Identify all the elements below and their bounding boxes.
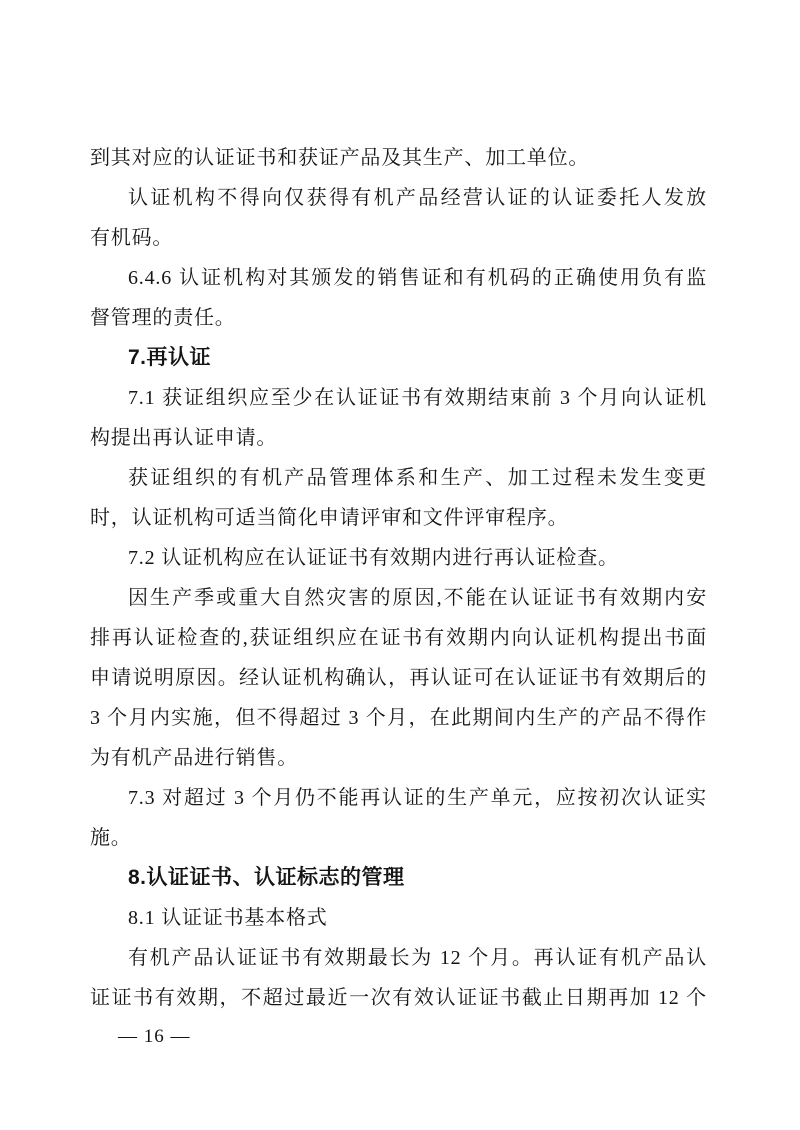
text-line: 证证书有效期，不超过最近一次有效认证证书截止日期再加 12 个 bbox=[90, 978, 707, 1018]
text-line: 认证机构不得向仅获得有机产品经营认证的认证委托人发放 bbox=[90, 178, 707, 218]
text-line: 为有机产品进行销售。 bbox=[90, 738, 707, 778]
page-footer: — 16 — bbox=[90, 1018, 707, 1056]
text-line: 6.4.6 认证机构对其颁发的销售证和有机码的正确使用负有监 bbox=[90, 258, 707, 298]
text-line: 有机码。 bbox=[90, 218, 707, 258]
document-page: 到其对应的认证证书和获证产品及其生产、加工单位。认证机构不得向仅获得有机产品经营… bbox=[0, 0, 800, 1130]
text-line: 施。 bbox=[90, 818, 707, 858]
text-line: 8.1 认证证书基本格式 bbox=[90, 898, 707, 938]
section-heading: 7.再认证 bbox=[90, 338, 707, 378]
text-line: 申请说明原因。经认证机构确认，再认证可在认证证书有效期后的 bbox=[90, 658, 707, 698]
text-line: 构提出再认证申请。 bbox=[90, 418, 707, 458]
page-number: — 16 — bbox=[118, 1026, 191, 1047]
section-heading: 8.认证证书、认证标志的管理 bbox=[90, 858, 707, 898]
document-body: 到其对应的认证证书和获证产品及其生产、加工单位。认证机构不得向仅获得有机产品经营… bbox=[90, 138, 707, 1018]
text-line: 3 个月内实施，但不得超过 3 个月，在此期间内生产的产品不得作 bbox=[90, 698, 707, 738]
text-line: 到其对应的认证证书和获证产品及其生产、加工单位。 bbox=[90, 138, 707, 178]
text-line: 7.1 获证组织应至少在认证证书有效期结束前 3 个月向认证机 bbox=[90, 378, 707, 418]
text-line: 排再认证检查的,获证组织应在证书有效期内向认证机构提出书面 bbox=[90, 618, 707, 658]
text-line: 督管理的责任。 bbox=[90, 298, 707, 338]
text-line: 7.2 认证机构应在认证证书有效期内进行再认证检查。 bbox=[90, 538, 707, 578]
text-line: 时，认证机构可适当简化申请评审和文件评审程序。 bbox=[90, 498, 707, 538]
text-line: 因生产季或重大自然灾害的原因,不能在认证证书有效期内安 bbox=[90, 578, 707, 618]
text-line: 获证组织的有机产品管理体系和生产、加工过程未发生变更 bbox=[90, 458, 707, 498]
text-line: 有机产品认证证书有效期最长为 12 个月。再认证有机产品认 bbox=[90, 938, 707, 978]
text-line: 7.3 对超过 3 个月仍不能再认证的生产单元，应按初次认证实 bbox=[90, 778, 707, 818]
